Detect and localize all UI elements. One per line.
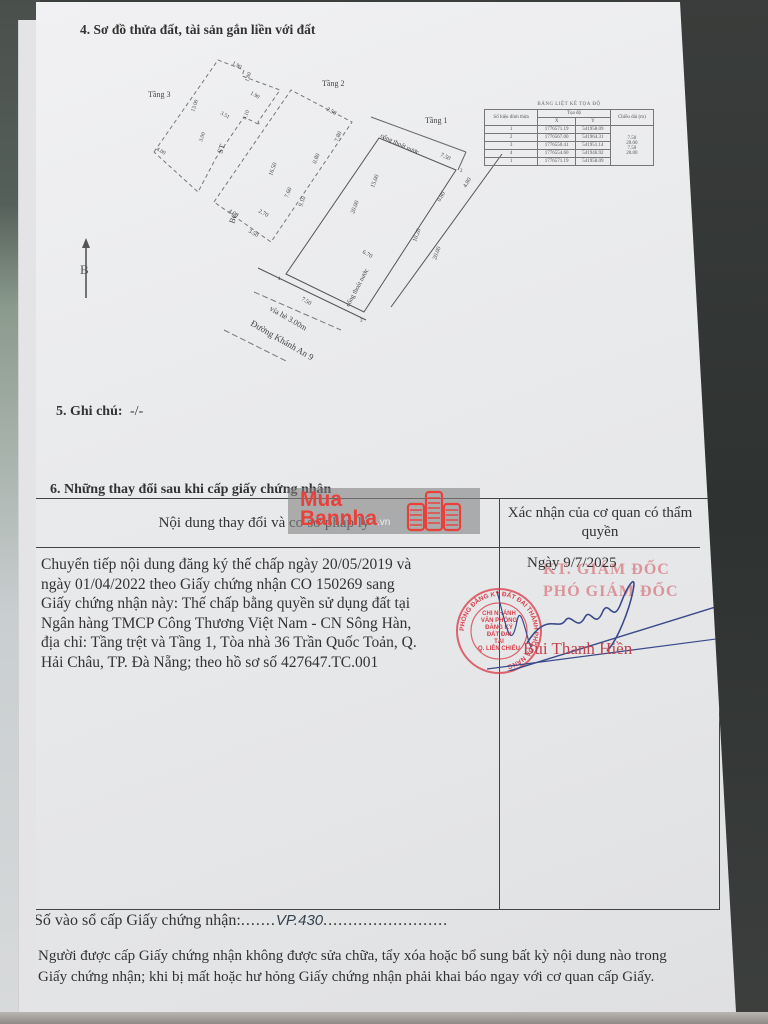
street-lines — [224, 292, 341, 362]
floor-3-label: Tầng 3 — [148, 90, 170, 99]
signer-name: Bùi Thanh Hiền — [523, 639, 632, 659]
svg-text:9.10: 9.10 — [298, 196, 307, 208]
svg-text:3.00: 3.00 — [198, 131, 207, 142]
svg-text:4.00: 4.00 — [155, 147, 167, 157]
svg-text:1.90: 1.90 — [249, 91, 261, 101]
svg-text:6.70: 6.70 — [361, 250, 373, 260]
floor-2-label: Tầng 2 — [322, 79, 344, 88]
coordinate-table-title: BẢNG LIỆT KÊ TỌA ĐỘ — [484, 102, 654, 107]
watermark-muabannha: Mua Bannha.vn — [288, 488, 480, 534]
floor-1-outline — [258, 117, 502, 320]
legal-notice: Người được cấp Giấy chứng nhận không đượ… — [38, 946, 698, 988]
svg-text:10.20: 10.20 — [412, 228, 422, 243]
svg-text:7.50: 7.50 — [300, 297, 312, 307]
svg-text:7.80: 7.80 — [334, 131, 343, 143]
registration-number-value: VP.430 — [276, 912, 323, 929]
sidewalk-label: vỉa hè 3.00m — [268, 304, 309, 333]
svg-text:B: B — [80, 262, 89, 277]
coordinate-table: BẢNG LIỆT KÊ TỌA ĐỘ Số hiệu đỉnh thửa Tọ… — [484, 102, 654, 166]
svg-text:7.60: 7.60 — [284, 187, 293, 199]
svg-text:2.70: 2.70 — [257, 209, 269, 219]
paper-bottom-edge — [0, 1012, 768, 1024]
svg-text:16.50: 16.50 — [268, 162, 278, 177]
floor-1-label: Tầng 1 — [425, 116, 447, 125]
svg-text:15.00: 15.00 — [370, 174, 380, 189]
svg-text:4.80: 4.80 — [463, 177, 473, 189]
svg-text:1.80: 1.80 — [244, 71, 253, 82]
authority-confirmation: KT. GIÁM ĐỐC PHÓ GIÁM ĐỐC Ngày 9/7/2025 … — [507, 551, 717, 681]
svg-text:7.50: 7.50 — [439, 152, 451, 162]
svg-text:2.50: 2.50 — [325, 107, 337, 117]
svg-text:3.50: 3.50 — [247, 229, 259, 239]
svg-text:cống thoát nước: cống thoát nước — [345, 267, 371, 307]
registration-number-line: Số vào sổ cấp Giấy chứng nhận:.......VP.… — [34, 912, 448, 930]
changes-col2-header: Xác nhận của cơ quan có thẩm quyền — [500, 499, 700, 548]
land-plot-sketch: Tầng 3 Tầng 2 Tầng 1 ST BC 20.00 15.00 1… — [36, 2, 736, 402]
svg-text:3.51: 3.51 — [219, 111, 231, 121]
floor-3-outline — [154, 60, 280, 192]
svg-text:2: 2 — [460, 169, 463, 174]
svg-text:4.10: 4.10 — [242, 109, 251, 120]
coordinate-row: 11776571.19541958.097.5020.007.5020.00 — [485, 126, 654, 134]
section-5-notes: 5. Ghi chú: -/- — [56, 404, 143, 420]
svg-text:0.80: 0.80 — [312, 153, 321, 165]
change-entry-content: Chuyển tiếp nội dung đăng ký thế chấp ng… — [41, 555, 491, 672]
svg-text:20.00: 20.00 — [350, 200, 360, 215]
changes-table: Nội dung thay đổi và cơ sở pháp lý Xác n… — [28, 498, 720, 910]
svg-text:0.80: 0.80 — [437, 191, 447, 203]
building-logo-icon — [406, 490, 464, 532]
north-arrow-icon: B — [76, 238, 96, 300]
svg-text:13.00: 13.00 — [190, 99, 200, 113]
svg-text:cống thoát nước: cống thoát nước — [379, 132, 420, 156]
svg-text:4: 4 — [278, 277, 281, 282]
svg-text:3: 3 — [360, 319, 363, 324]
